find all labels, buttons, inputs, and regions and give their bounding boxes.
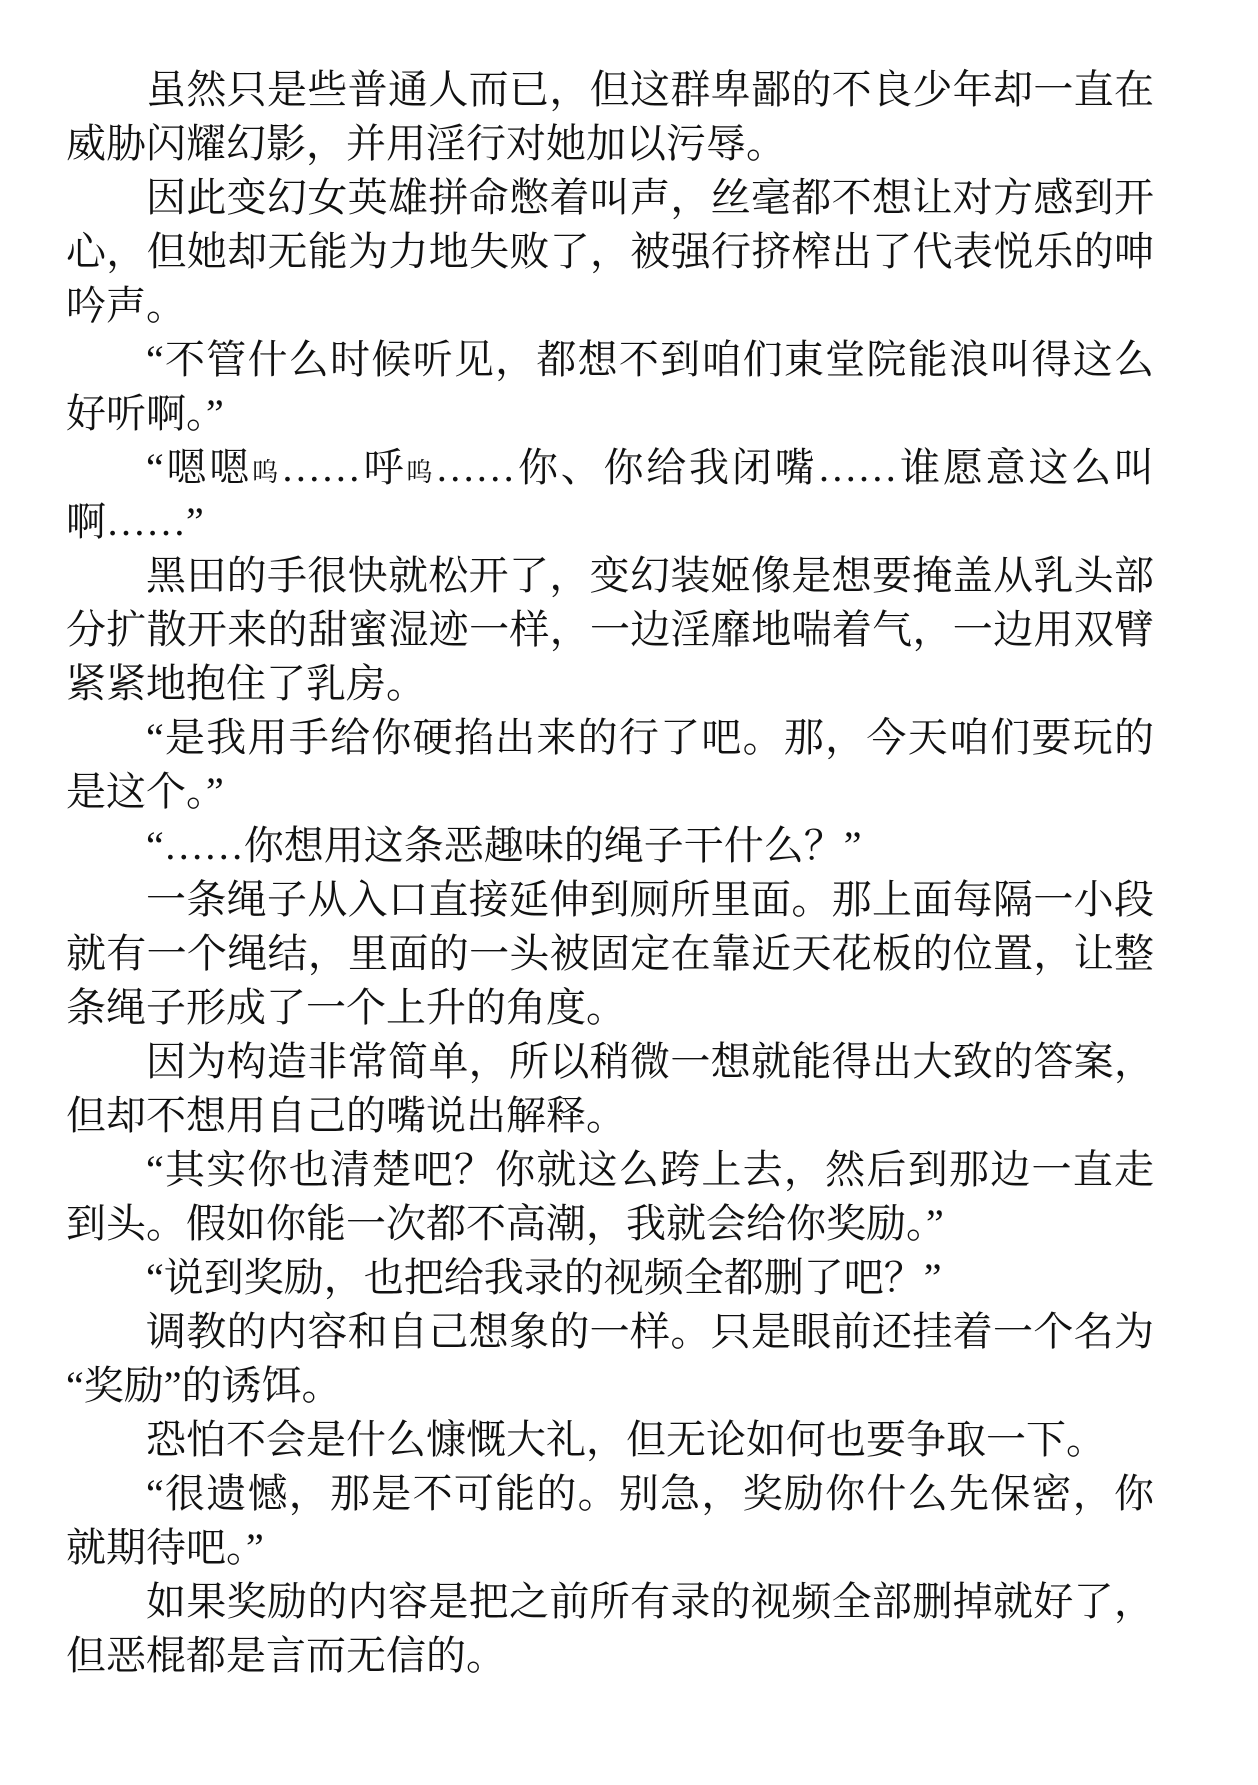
text-content: 虽然只是些普通人而已，但这群卑鄙的不良少年却一直在威胁闪耀幻影，并用淫行对她加以…: [66, 63, 1154, 1683]
text-line: 威胁闪耀幻影，并用淫行对她加以污辱。: [66, 117, 1154, 171]
document-page: 虽然只是些普通人而已，但这群卑鄙的不良少年却一直在威胁闪耀幻影，并用淫行对她加以…: [0, 0, 1258, 1785]
text-line: 但恶棍都是言而无信的。: [66, 1629, 1154, 1683]
small-glyph: 呜: [252, 458, 281, 487]
text-line: 一条绳子从入口直接延伸到厕所里面。那上面每隔一小段: [66, 873, 1154, 927]
text-line: 调教的内容和自己想象的一样。只是眼前还挂着一个名为: [66, 1305, 1154, 1359]
text-line: “是我用手给你硬掐出来的行了吧。那，今天咱们要玩的: [66, 711, 1154, 765]
text-run: ……呼: [281, 445, 407, 490]
text-line: “……你想用这条恶趣味的绳子干什么？”: [66, 819, 1154, 873]
text-line: “其实你也清楚吧？你就这么跨上去，然后到那边一直走: [66, 1143, 1154, 1197]
small-glyph: 呜: [406, 458, 435, 487]
text-run: ……你、你给我闭嘴……谁愿意这么叫: [435, 445, 1154, 490]
text-line: “说到奖励，也把给我录的视频全都删了吧？”: [66, 1251, 1154, 1305]
text-line: “不管什么时候听见，都想不到咱们東堂院能浪叫得这么: [66, 333, 1154, 387]
text-line: 心，但她却无能为力地失败了，被强行挤榨出了代表悦乐的呻: [66, 225, 1154, 279]
text-line: 紧紧地抱住了乳房。: [66, 657, 1154, 711]
text-line: 恐怕不会是什么慷慨大礼，但无论如何也要争取一下。: [66, 1413, 1154, 1467]
text-line: 因为构造非常简单，所以稍微一想就能得出大致的答案，: [66, 1035, 1154, 1089]
text-line: 黑田的手很快就松开了，变幻装姬像是想要掩盖从乳头部: [66, 549, 1154, 603]
text-line: “很遗憾，那是不可能的。别急，奖励你什么先保密，你: [66, 1467, 1154, 1521]
text-line: 条绳子形成了一个上升的角度。: [66, 981, 1154, 1035]
text-line: 虽然只是些普通人而已，但这群卑鄙的不良少年却一直在: [66, 63, 1154, 117]
text-line: 是这个。”: [66, 765, 1154, 819]
text-line: 但却不想用自己的嘴说出解释。: [66, 1089, 1154, 1143]
text-line: 到头。假如你能一次都不高潮，我就会给你奖励。”: [66, 1197, 1154, 1251]
text-line: 分扩散开来的甜蜜湿迹一样，一边淫靡地喘着气，一边用双臂: [66, 603, 1154, 657]
text-line: 吟声。: [66, 279, 1154, 333]
text-run: “嗯嗯: [146, 445, 252, 490]
text-line: 就期待吧。”: [66, 1521, 1154, 1575]
text-line: 啊……”: [66, 495, 1154, 549]
text-line: “奖励”的诱饵。: [66, 1359, 1154, 1413]
text-line: 如果奖励的内容是把之前所有录的视频全部删掉就好了，: [66, 1575, 1154, 1629]
text-line: 因此变幻女英雄拼命憋着叫声，丝毫都不想让对方感到开: [66, 171, 1154, 225]
text-line: 好听啊。”: [66, 387, 1154, 441]
text-line: 就有一个绳结，里面的一头被固定在靠近天花板的位置，让整: [66, 927, 1154, 981]
text-line: “嗯嗯呜……呼呜……你、你给我闭嘴……谁愿意这么叫: [66, 441, 1154, 495]
